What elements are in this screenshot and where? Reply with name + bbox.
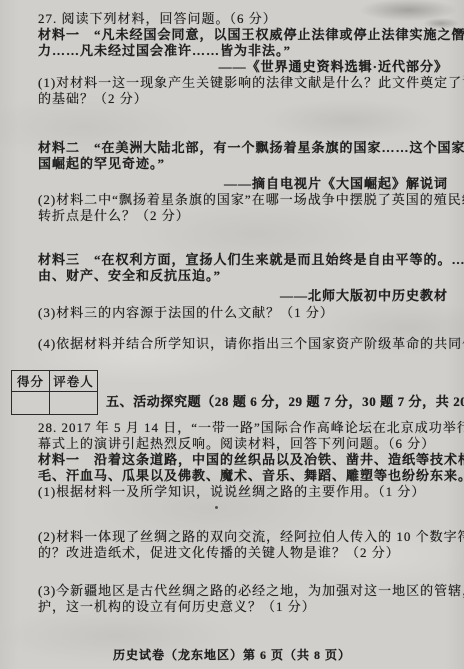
page-footer: 历史试卷（龙东地区）第 6 页（共 8 页） <box>0 646 464 663</box>
material-1-quote-line-1: 材料一 “凡未经国会同意，以国王权威停止法律或停止法律实施之僭越权力，为非法权 <box>38 27 448 43</box>
material-1-citation: ——《世界通史资料选辑·近代部分》 <box>38 59 448 75</box>
material-3-quote-line-1: 材料三 “在权利方面，宣扬人们生来就是而且始终是自由平等的。……这些权利就是自 <box>38 252 448 268</box>
material-2-quote-line-2: 国崛起的罕见奇迹。” <box>38 156 448 172</box>
score-box: 得分 评卷人 <box>11 370 98 415</box>
material-2-citation-block: ——摘自电视片《大国崛起》解说词 <box>38 176 448 192</box>
material-3-quote-line-2: 由、财产、安全和反抗压迫。” <box>38 268 448 284</box>
question-28-2-block: (2)材料一体现了丝绸之路的双向交流，经阿拉伯人传入的 10 个数字符号是由什么… <box>38 529 448 561</box>
section-5-title: 五、活动探究题（28 题 6 分，29 题 7 分，30 题 7 分，共 20 … <box>106 391 464 410</box>
question-28-2-line-2: 的？改进造纸术，促进文化传播的关键人物是谁？（2 分） <box>38 545 448 561</box>
question-27-2-block: (2)材料二中“飘扬着星条旗的国家”在哪一场战争中摆脱了英国的殖民统治？这场战争… <box>38 192 448 224</box>
question-27-block: 27. 阅读下列材料，回答问题。（6 分） 材料一 “凡未经国会同意，以国王权威… <box>38 11 448 107</box>
question-28-3-line-1: (3)今新疆地区是古代丝绸之路的必经之地，为加强对这一地区的管辖，汉朝设置了西域… <box>38 583 448 599</box>
question-27-1-line-2: 的基础？（2 分） <box>38 91 448 107</box>
question-27-title: 27. 阅读下列材料，回答问题。（6 分） <box>38 11 448 27</box>
question-28-3-line-2: 护，这一机构的设立有何历史意义？（1 分） <box>38 599 448 615</box>
grader-cell-label: 评卷人 <box>50 371 98 392</box>
question-27-2-line-1: (2)材料二中“飘扬着星条旗的国家”在哪一场战争中摆脱了英国的殖民统治？这场战争… <box>38 192 448 208</box>
question-28-3-block: (3)今新疆地区是古代丝绸之路的必经之地，为加强对这一地区的管辖，汉朝设置了西域… <box>38 583 448 615</box>
score-box-empty-row <box>12 392 98 415</box>
score-cell-label: 得分 <box>12 371 50 392</box>
material-2-citation: ——摘自电视片《大国崛起》解说词 <box>38 176 448 192</box>
question-27-4-block: (4)依据材料并结合所学知识，请你指出三个国家资产阶级革命的共同作用？（1 分） <box>38 336 448 352</box>
question-27-1-line-1: (1)对材料一这一现象产生关键影响的法律文献是什么？此文件奠定了该国什么政治体制 <box>38 75 448 91</box>
question-28-block: 28. 2017 年 5 月 14 日，“一带一路”国际合作高峰论坛在北京成功举… <box>38 420 448 500</box>
question-28-intro-line-2: 幕式上的演讲引起热烈反响。阅读材料，回答下列问题。（6 分） <box>38 436 448 452</box>
question-27-4-line: (4)依据材料并结合所学知识，请你指出三个国家资产阶级革命的共同作用？（1 分） <box>38 336 448 352</box>
material-3-block: 材料三 “在权利方面，宣扬人们生来就是而且始终是自由平等的。……这些权利就是自 … <box>38 252 448 284</box>
material-3-citation-block: ——北师大版初中历史教材 <box>38 288 448 304</box>
question-27-3-line: (3)材料三的内容源于法国的什么文献？（1 分） <box>38 305 448 321</box>
material-3-citation: ——北师大版初中历史教材 <box>38 288 448 304</box>
material-1-quote-line-2: 力……凡未经过国会准许……皆为非法。” <box>38 43 448 59</box>
question-28-intro-line-1: 28. 2017 年 5 月 14 日，“一带一路”国际合作高峰论坛在北京成功举… <box>38 420 448 436</box>
q28-material-1-line-2: 毛、汗血马、瓜果以及佛教、魔术、音乐、舞蹈、雕塑等也纷纷东来。 <box>38 468 448 484</box>
material-2-block: 材料二 “在美洲大陆北部，有一个飘扬着星条旗的国家……这个国家出现……演绎了大 … <box>38 140 448 172</box>
score-cell-empty <box>12 392 50 415</box>
score-box-header-row: 得分 评卷人 <box>12 371 98 392</box>
material-2-quote-line-1: 材料二 “在美洲大陆北部，有一个飘扬着星条旗的国家……这个国家出现……演绎了大 <box>38 140 448 156</box>
scan-artifact-dot <box>215 506 218 509</box>
exam-page: 27. 阅读下列材料，回答问题。（6 分） 材料一 “凡未经国会同意，以国王权威… <box>0 0 464 669</box>
grader-cell-empty <box>50 392 98 415</box>
question-28-2-line-1: (2)材料一体现了丝绸之路的双向交流，经阿拉伯人传入的 10 个数字符号是由什么… <box>38 529 448 545</box>
question-27-3-block: (3)材料三的内容源于法国的什么文献？（1 分） <box>38 305 448 321</box>
question-27-2-line-2: 转折点是什么？（2 分） <box>38 208 448 224</box>
question-28-1-line: (1)根据材料一及所学知识，说说丝绸之路的主要作用。（1 分） <box>38 484 448 500</box>
q28-material-1-line-1: 材料一 沿着这条道路，中国的丝织品以及冶铁、凿井、造纸等技术相继西传，西方的皮 <box>38 452 448 468</box>
